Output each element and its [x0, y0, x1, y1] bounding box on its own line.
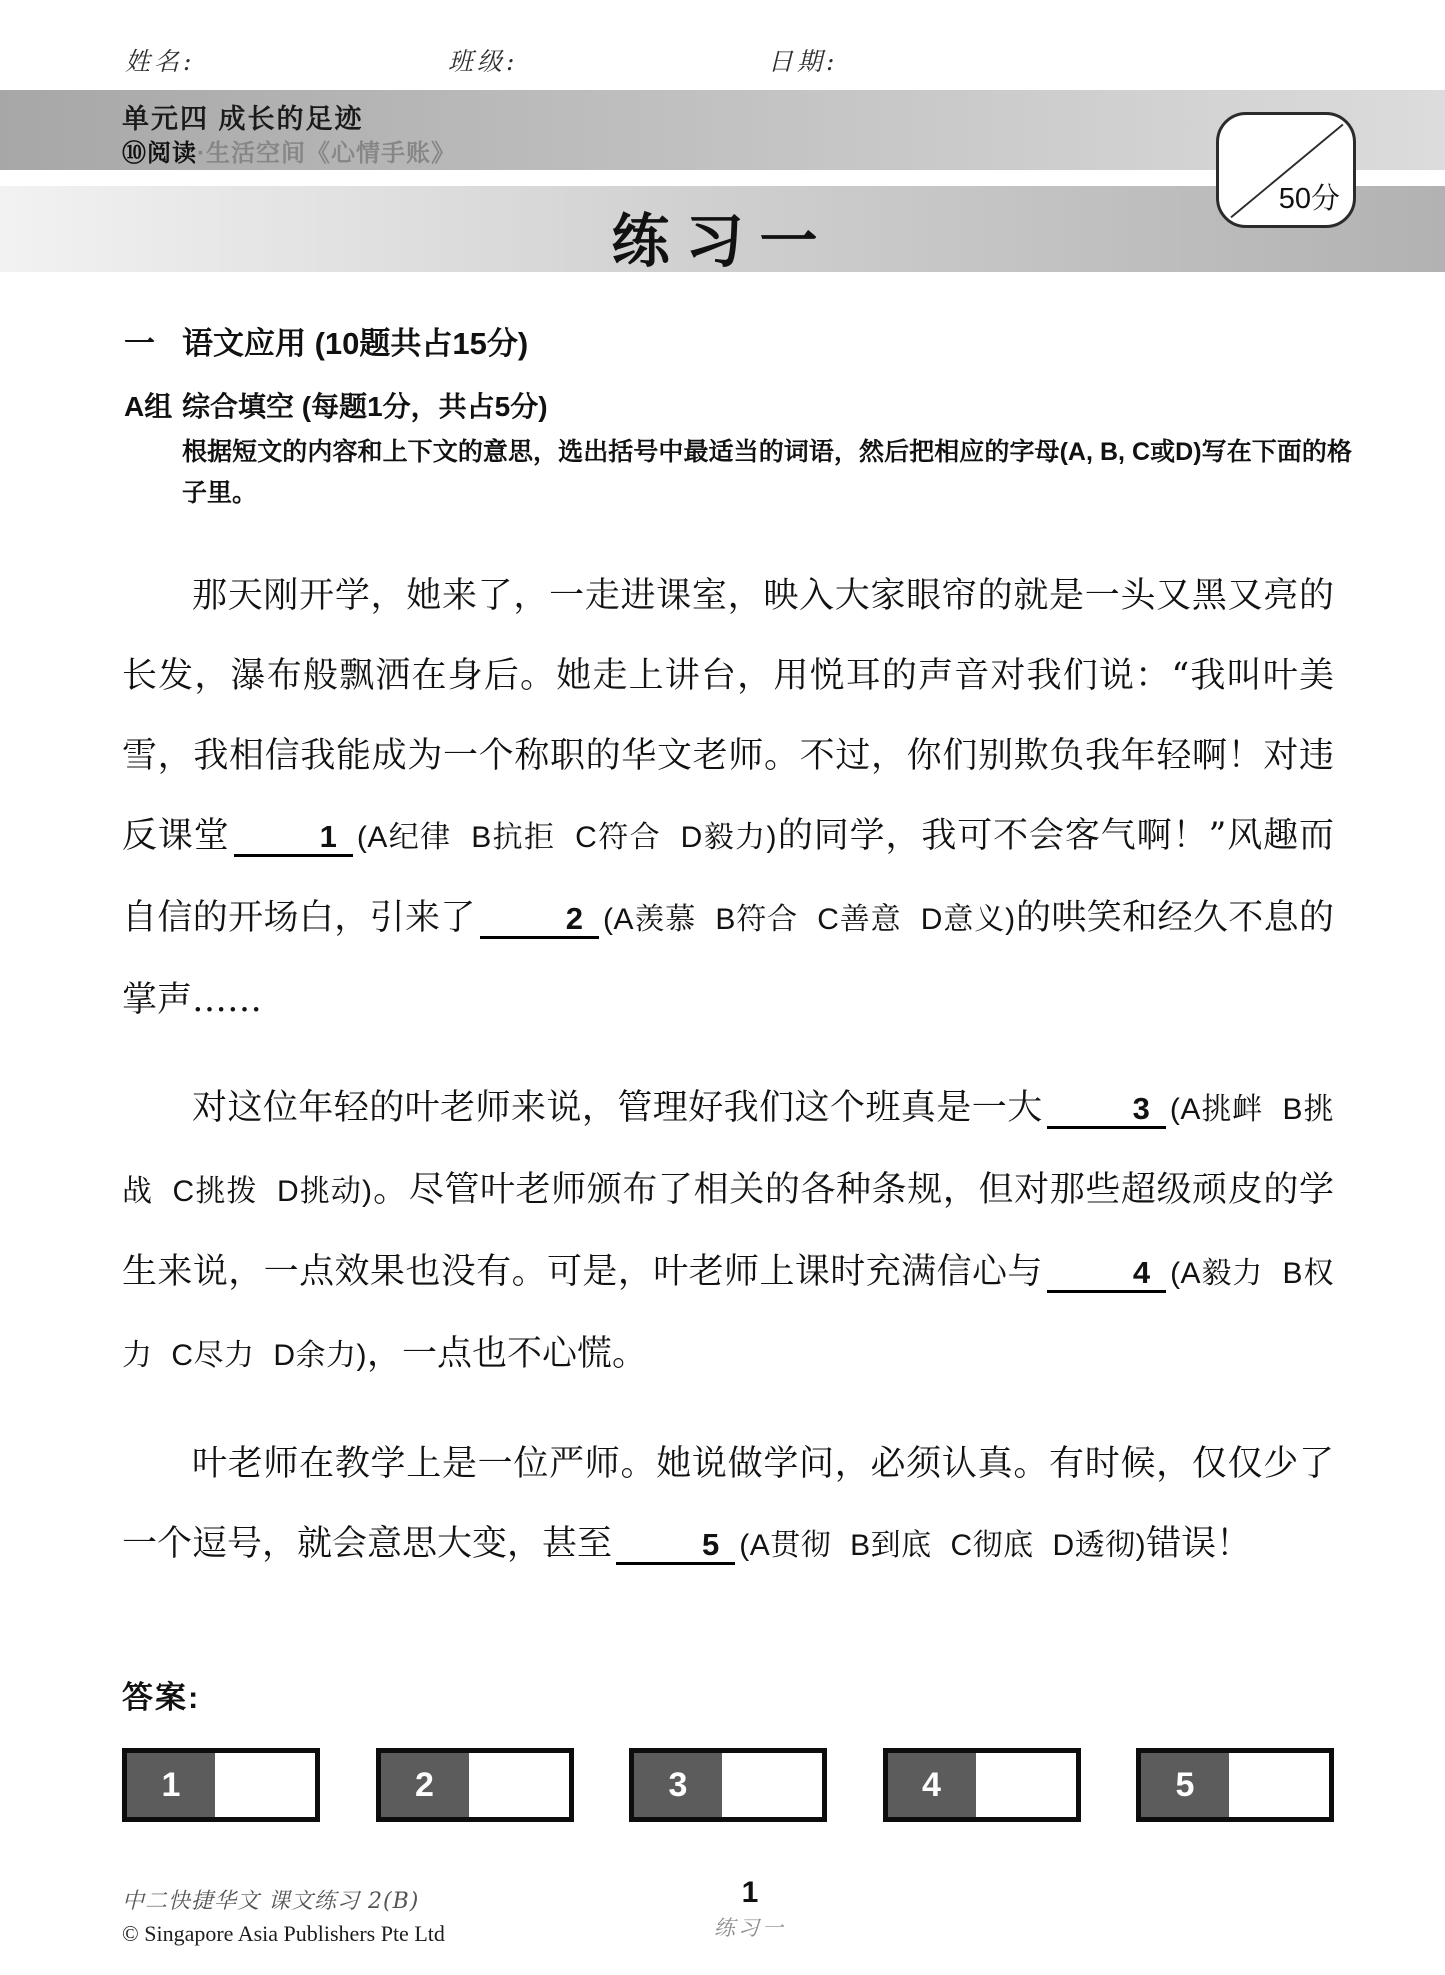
- unit-title: 单元四 成长的足迹: [122, 97, 364, 136]
- blank-4: 4: [1047, 1256, 1166, 1293]
- answer-box-number: 5: [1141, 1753, 1229, 1817]
- answer-write-cell: [469, 1753, 569, 1817]
- passage-paragraph: 叶老师在教学上是一位严师。她说做学问，必须认真。有时候，仅仅少了一个逗号，就会意…: [122, 1424, 1334, 1586]
- section-number: 一: [124, 318, 155, 363]
- blank-3: 3: [1047, 1092, 1166, 1129]
- date-field-label: 日期:: [768, 42, 838, 78]
- answer-box-number: 4: [888, 1753, 976, 1817]
- score-box: 50分: [1216, 112, 1356, 228]
- passage-text: ，一点也不心慌。: [367, 1334, 647, 1374]
- answer-write-cell: [1229, 1753, 1329, 1817]
- name-field-label: 姓名:: [125, 42, 195, 78]
- answer-box-2: 2: [376, 1748, 574, 1822]
- blank-1: 1: [234, 820, 353, 857]
- answer-write-cell: [976, 1753, 1076, 1817]
- class-field-label: 班级:: [448, 42, 518, 78]
- group-heading-text: 综合填空 (每题1分，共占5分): [182, 385, 548, 425]
- score-label: 50分: [1279, 176, 1340, 217]
- passage-paragraph: 对这位年轻的叶老师来说，管理好我们这个班真是一大3(A挑衅 B挑战 C挑拨 D挑…: [122, 1068, 1334, 1396]
- answer-box-1: 1: [122, 1748, 320, 1822]
- lesson-type: 阅读: [147, 140, 197, 167]
- passage-text: 错误！: [1146, 1524, 1251, 1564]
- book-title: 中二快捷华文 课文练习 2(B): [122, 1884, 445, 1915]
- answer-box-5: 5: [1136, 1748, 1334, 1822]
- copyright-notice: © Singapore Asia Publishers Pte Ltd: [122, 1921, 445, 1947]
- answer-box-number: 1: [127, 1753, 215, 1817]
- blank-5: 5: [616, 1528, 735, 1565]
- passage-text: 对这位年轻的叶老师来说，管理好我们这个班真是一大: [192, 1088, 1043, 1128]
- page-footer-label: 练习一: [690, 1912, 810, 1942]
- passage: 那天刚开学，她来了，一走进课室，映入大家眼帘的就是一头又黑又亮的长发，瀑布般飘洒…: [122, 556, 1334, 1614]
- blank-2: 2: [480, 902, 599, 939]
- answer-box-number: 3: [634, 1753, 722, 1817]
- answer-box-3: 3: [629, 1748, 827, 1822]
- answer-box-number: 2: [381, 1753, 469, 1817]
- instructions: 根据短文的内容和上下文的意思，选出括号中最适当的词语，然后把相应的字母(A, B…: [182, 432, 1352, 514]
- page-number: 1: [690, 1876, 810, 1910]
- options-list: (A纪律 B抗拒 C符合 D毅力): [357, 821, 777, 854]
- section-heading-text: 语文应用 (10题共占15分): [182, 318, 528, 363]
- answer-write-cell: [215, 1753, 315, 1817]
- passage-paragraph: 那天刚开学，她来了，一走进课室，映入大家眼帘的就是一头又黑又亮的长发，瀑布般飘洒…: [122, 556, 1334, 1040]
- lesson-number-badge: ⑩: [122, 140, 147, 167]
- options-list: (A羡慕 B符合 C善意 D意义): [603, 903, 1016, 936]
- footer-left: 中二快捷华文 课文练习 2(B) © Singapore Asia Publis…: [122, 1884, 445, 1947]
- answers-label: 答案:: [122, 1672, 200, 1717]
- passage-text: 那天刚开学，她来了，一走进课室，映入大家眼帘的就是一头又黑又亮的长发，瀑布般飘洒…: [122, 576, 1334, 856]
- answer-box-4: 4: [883, 1748, 1081, 1822]
- footer-center: 1 练习一: [690, 1876, 810, 1942]
- answer-box-row: 12345: [122, 1748, 1334, 1822]
- lesson-title: ⑩阅读·生活空间《心情手账》: [122, 133, 456, 168]
- options-list: (A贯彻 B到底 C彻底 D透彻): [739, 1529, 1146, 1562]
- answer-write-cell: [722, 1753, 822, 1817]
- group-label: A组: [124, 385, 172, 425]
- lesson-subtitle: ·生活空间《心情手账》: [197, 140, 456, 167]
